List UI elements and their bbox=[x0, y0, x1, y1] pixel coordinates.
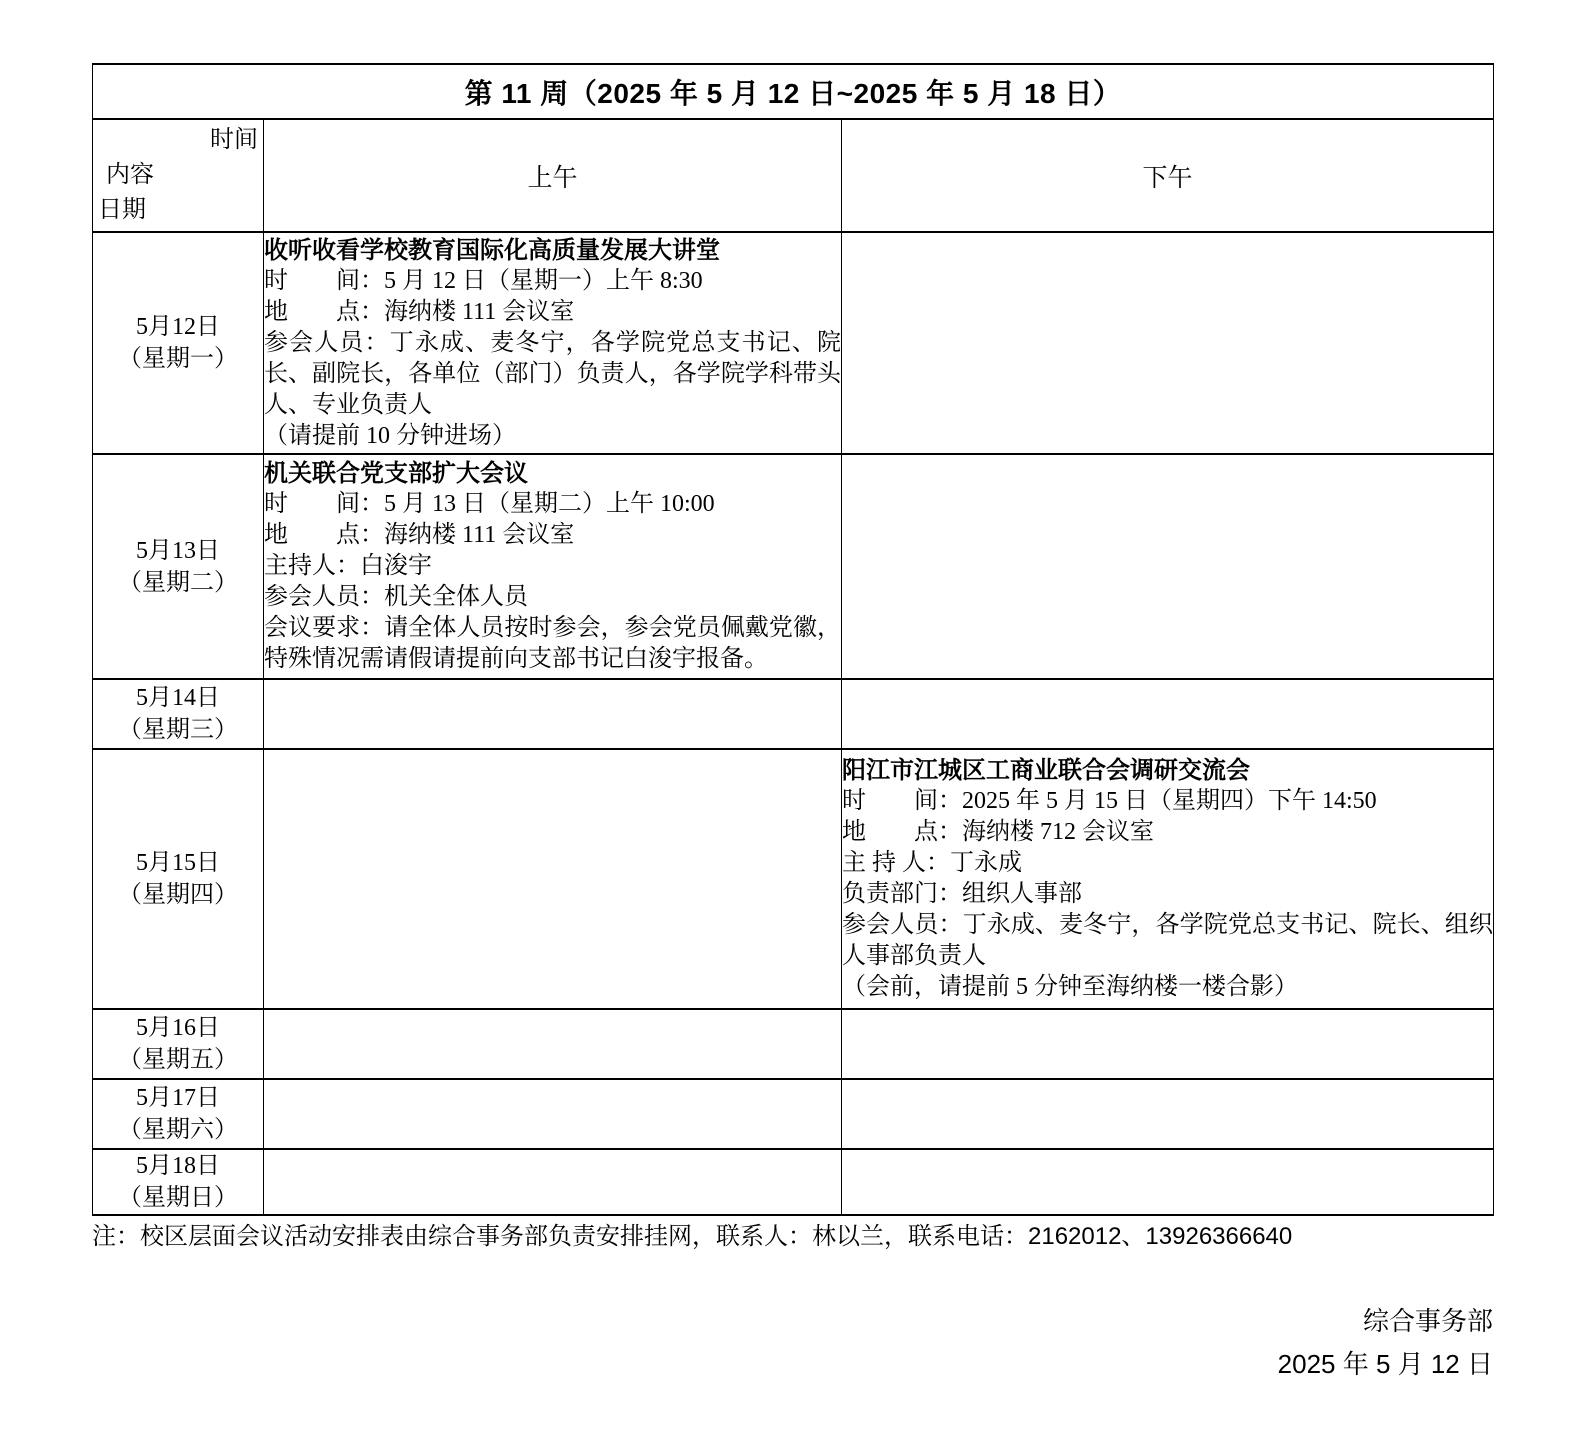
date-label: 5月12日 bbox=[93, 311, 263, 343]
corner-header-cell: 时间 内容 日期 bbox=[93, 119, 264, 232]
date-label: 5月16日 bbox=[93, 1012, 263, 1044]
event-cell-afternoon bbox=[842, 1079, 1494, 1149]
date-cell: 5月12日 （星期一） bbox=[93, 232, 264, 454]
weekday-label: （星期日） bbox=[93, 1182, 263, 1214]
date-cell: 5月18日 （星期日） bbox=[93, 1149, 264, 1215]
event-note: （会前，请提前 5 分钟至海纳楼一楼合影） bbox=[842, 972, 1493, 1003]
event-cell-morning bbox=[264, 749, 842, 1009]
event-participants: 参会人员：丁永成、麦冬宁，各学院党总支书记、院长、副院长，各单位（部门）负责人，… bbox=[264, 328, 841, 421]
weekday-label: （星期六） bbox=[93, 1114, 263, 1146]
event-cell-morning bbox=[264, 1079, 842, 1149]
table-row-may17: 5月17日 （星期六） bbox=[93, 1079, 1494, 1149]
event-cell-morning: 机关联合党支部扩大会议 时 间：5 月 13 日（星期二）上午 10:00 地 … bbox=[264, 454, 842, 679]
date-label: 5月17日 bbox=[93, 1082, 263, 1114]
column-header-afternoon: 下午 bbox=[842, 119, 1494, 232]
event-place: 地 点：海纳楼 712 会议室 bbox=[842, 817, 1493, 848]
signature-date: 2025 年 5 月 12 日 bbox=[1278, 1343, 1493, 1386]
corner-label-time: 时间 bbox=[93, 123, 263, 158]
weekday-label: （星期五） bbox=[93, 1044, 263, 1076]
table-row-may16: 5月16日 （星期五） bbox=[93, 1009, 1494, 1079]
date-label: 5月13日 bbox=[93, 535, 263, 567]
date-cell: 5月16日 （星期五） bbox=[93, 1009, 264, 1079]
table-row-may14: 5月14日 （星期三） bbox=[93, 679, 1494, 749]
event-place: 地 点：海纳楼 111 会议室 bbox=[264, 520, 841, 551]
weekday-label: （星期一） bbox=[93, 343, 263, 375]
event-title: 收听收看学校教育国际化高质量发展大讲堂 bbox=[264, 235, 841, 266]
event-title: 机关联合党支部扩大会议 bbox=[264, 458, 841, 489]
weekday-label: （星期二） bbox=[93, 567, 263, 599]
date-label: 5月14日 bbox=[93, 682, 263, 714]
event-cell-afternoon bbox=[842, 232, 1494, 454]
date-label: 5月15日 bbox=[93, 847, 263, 879]
table-row-may15: 5月15日 （星期四） 阳江市江城区工商业联合会调研交流会 时 间：2025 年… bbox=[93, 749, 1494, 1009]
footnote: 注：校区层面会议活动安排表由综合事务部负责安排挂网，联系人：林以兰，联系电话：2… bbox=[92, 1222, 1493, 1252]
table-title: 第 11 周（2025 年 5 月 12 日~2025 年 5 月 18 日） bbox=[93, 64, 1494, 119]
signature-block: 综合事务部 2025 年 5 月 12 日 bbox=[1278, 1300, 1493, 1386]
corner-label-date: 日期 bbox=[93, 193, 263, 228]
header-row: 时间 内容 日期 上午 下午 bbox=[93, 119, 1494, 232]
event-host: 主持人：白浚宇 bbox=[264, 551, 841, 582]
event-participants: 参会人员：机关全体人员 bbox=[264, 582, 841, 613]
date-cell: 5月14日 （星期三） bbox=[93, 679, 264, 749]
event-department: 负责部门：组织人事部 bbox=[842, 879, 1493, 910]
event-cell-morning bbox=[264, 679, 842, 749]
event-participants: 参会人员：丁永成、麦冬宁，各学院党总支书记、院长、组织人事部负责人 bbox=[842, 910, 1493, 972]
table-row-may13: 5月13日 （星期二） 机关联合党支部扩大会议 时 间：5 月 13 日（星期二… bbox=[93, 454, 1494, 679]
event-host: 主 持 人：丁永成 bbox=[842, 848, 1493, 879]
date-cell: 5月15日 （星期四） bbox=[93, 749, 264, 1009]
event-cell-morning bbox=[264, 1149, 842, 1215]
event-time: 时 间：2025 年 5 月 15 日（星期四）下午 14:50 bbox=[842, 786, 1493, 817]
column-header-morning: 上午 bbox=[264, 119, 842, 232]
schedule-table: 第 11 周（2025 年 5 月 12 日~2025 年 5 月 18 日） … bbox=[92, 63, 1494, 1216]
date-cell: 5月13日 （星期二） bbox=[93, 454, 264, 679]
date-cell: 5月17日 （星期六） bbox=[93, 1079, 264, 1149]
event-cell-afternoon bbox=[842, 1009, 1494, 1079]
date-label: 5月18日 bbox=[93, 1150, 263, 1182]
event-cell-afternoon bbox=[842, 1149, 1494, 1215]
event-note: （请提前 10 分钟进场） bbox=[264, 421, 841, 452]
corner-label-content: 内容 bbox=[93, 158, 263, 193]
schedule-document: 第 11 周（2025 年 5 月 12 日~2025 年 5 月 18 日） … bbox=[0, 0, 1587, 1441]
event-cell-afternoon: 阳江市江城区工商业联合会调研交流会 时 间：2025 年 5 月 15 日（星期… bbox=[842, 749, 1494, 1009]
signature-department: 综合事务部 bbox=[1278, 1300, 1493, 1343]
event-cell-morning bbox=[264, 1009, 842, 1079]
event-cell-afternoon bbox=[842, 679, 1494, 749]
title-row: 第 11 周（2025 年 5 月 12 日~2025 年 5 月 18 日） bbox=[93, 64, 1494, 119]
weekday-label: （星期三） bbox=[93, 714, 263, 746]
event-cell-afternoon bbox=[842, 454, 1494, 679]
event-time: 时 间：5 月 12 日（星期一）上午 8:30 bbox=[264, 266, 841, 297]
weekday-label: （星期四） bbox=[93, 879, 263, 911]
event-cell-morning: 收听收看学校教育国际化高质量发展大讲堂 时 间：5 月 12 日（星期一）上午 … bbox=[264, 232, 842, 454]
event-title: 阳江市江城区工商业联合会调研交流会 bbox=[842, 755, 1493, 786]
table-row-may12: 5月12日 （星期一） 收听收看学校教育国际化高质量发展大讲堂 时 间：5 月 … bbox=[93, 232, 1494, 454]
event-requirements: 会议要求：请全体人员按时参会，参会党员佩戴党徽，特殊情况需请假请提前向支部书记白… bbox=[264, 613, 841, 675]
table-row-may18: 5月18日 （星期日） bbox=[93, 1149, 1494, 1215]
event-place: 地 点：海纳楼 111 会议室 bbox=[264, 297, 841, 328]
event-time: 时 间：5 月 13 日（星期二）上午 10:00 bbox=[264, 489, 841, 520]
